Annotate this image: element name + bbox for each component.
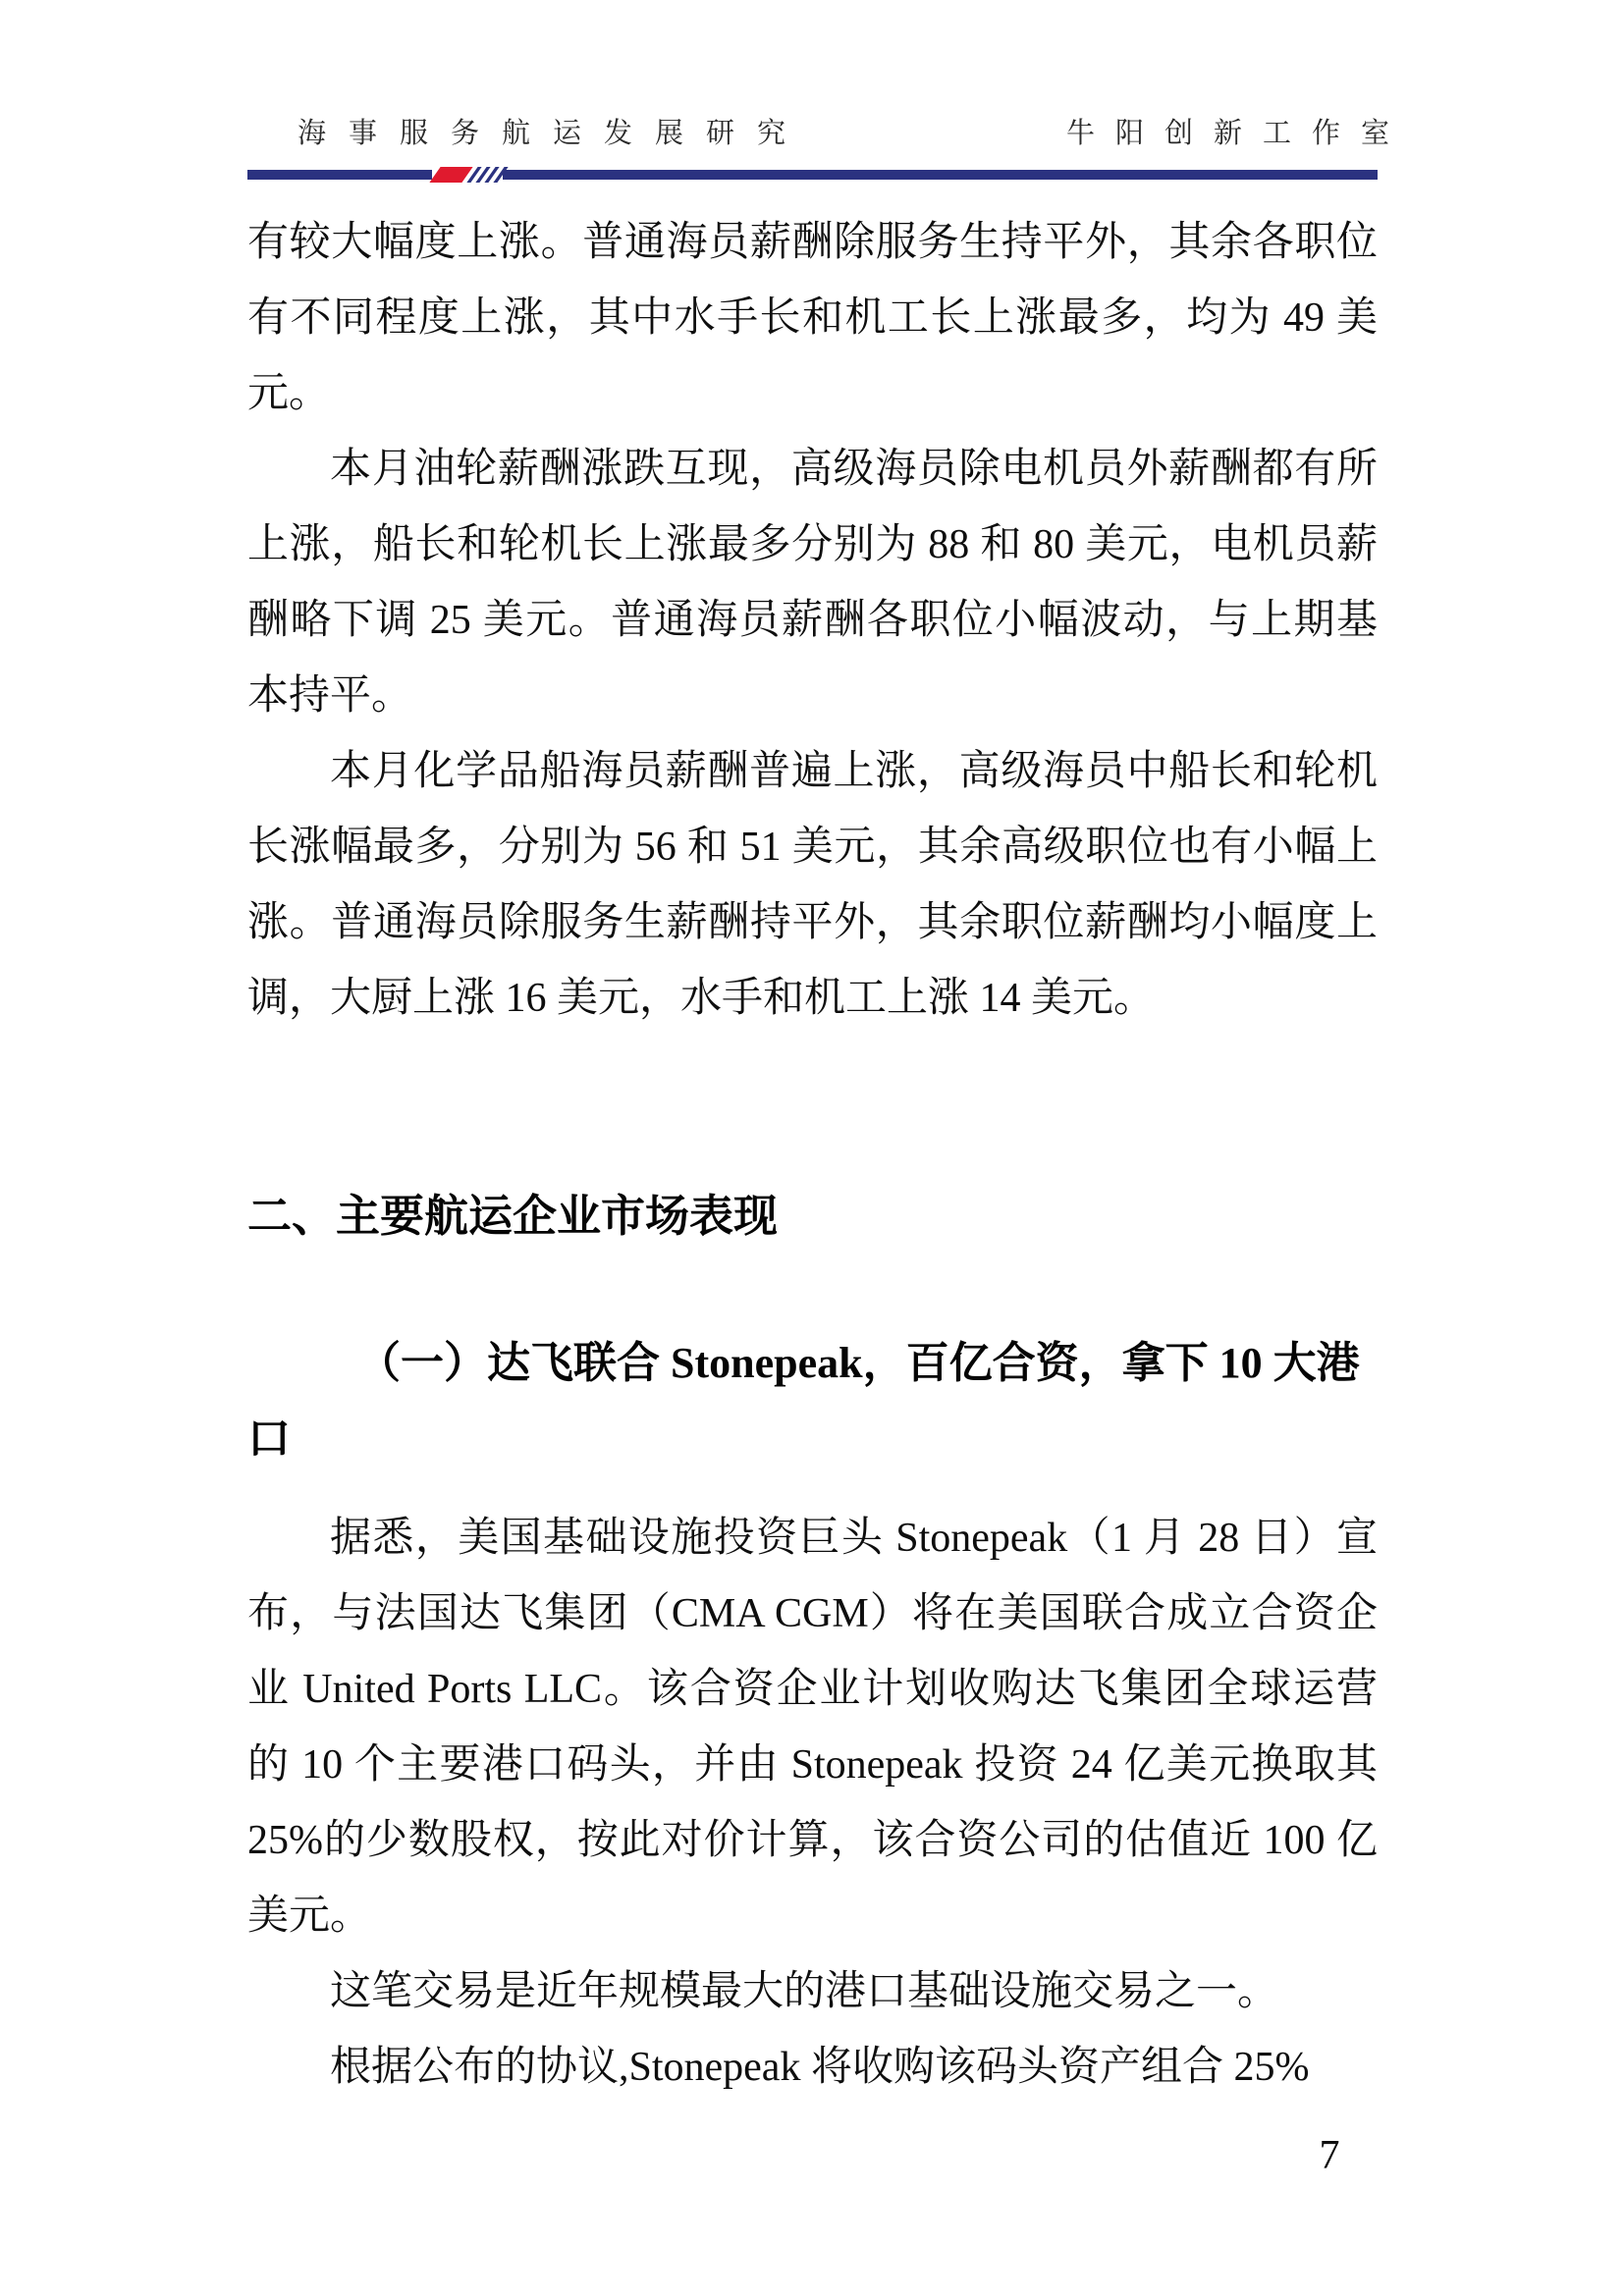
document-body: 有较大幅度上涨。普通海员薪酬除服务生持平外，其余各职位有不同程度上涨，其中水手长… (247, 205, 1378, 2106)
header-rule (247, 167, 1378, 183)
section-heading: 二、主要航运企业市场表现 (247, 1178, 1378, 1254)
header-left-title: 海事服务航运发展研究 (298, 119, 808, 148)
rule-segment-left (247, 170, 432, 180)
paragraph-tanker-wage: 本月油轮薪酬涨跌互现，高级海员除电机员外薪酬都有所上涨，船长和轮机长上涨最多分别… (247, 432, 1378, 734)
paragraph-chemical-wage: 本月化学品船海员薪酬普遍上涨，高级海员中船长和轮机长涨幅最多，分别为 56 和 … (247, 734, 1378, 1037)
header-right-title: 牛阳创新工作室 (1066, 119, 1410, 148)
paragraph-wage-crew: 有较大幅度上涨。普通海员薪酬除服务生持平外，其余各职位有不同程度上涨，其中水手长… (247, 205, 1378, 432)
page-number: 7 (1298, 2118, 1361, 2194)
paragraph-stonepeak-deal: 据悉，美国基础设施投资巨头 Stonepeak（1 月 28 日）宣布，与法国达… (247, 1501, 1378, 1954)
document-page: 海事服务航运发展研究 牛阳创新工作室 有较大幅度上涨。普通海员薪酬除服务生持平外… (0, 0, 1624, 2296)
rule-red-accent-icon (429, 167, 472, 183)
paragraph-agreement: 根据公布的协议,Stonepeak 将收购该码头资产组合 25% (247, 2030, 1378, 2106)
sub-heading: （一）达飞联合 Stonepeak，百亿合资，拿下 10 大港口 (247, 1325, 1378, 1476)
paragraph-deal-scale: 这笔交易是近年规模最大的港口基础设施交易之一。 (247, 1954, 1378, 2030)
rule-segment-right (503, 170, 1378, 180)
